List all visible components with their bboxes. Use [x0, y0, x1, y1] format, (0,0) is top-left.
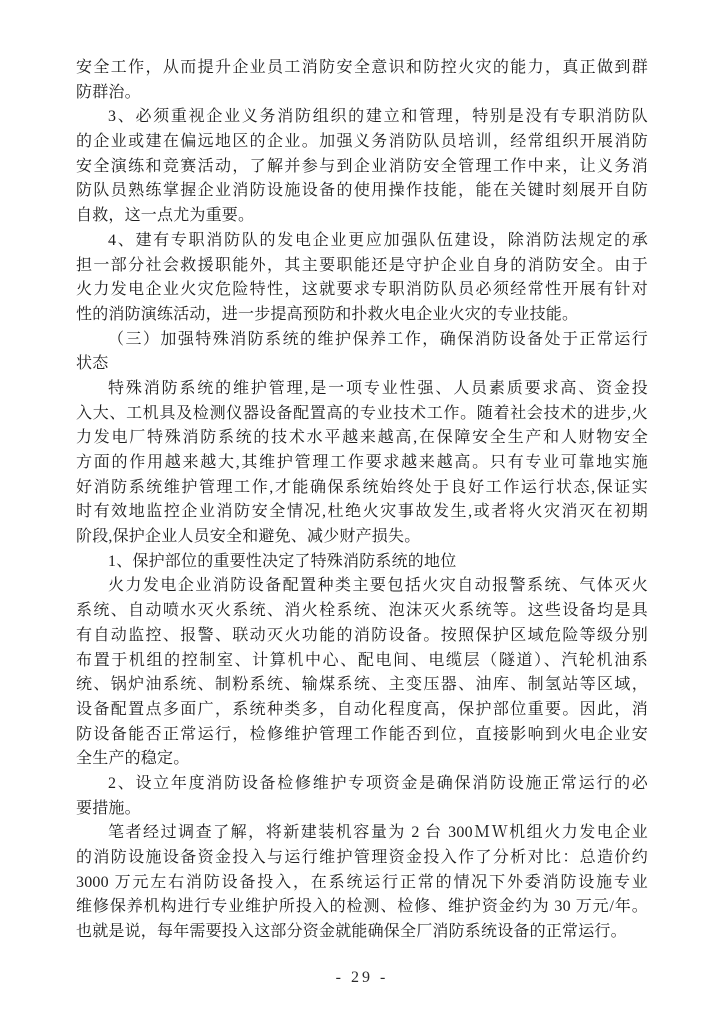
page-footer: - 29 - — [0, 969, 724, 987]
text-line: 2、设立年度消防设备检修维护专项资金是确保消防设施正常运行的必 — [76, 772, 648, 797]
page-body: 安全工作，从而提升企业员工消防安全意识和防控火灾的能力，真正做到群防群治。3、必… — [76, 56, 648, 945]
text-line: 统、锅炉油系统、制粉系统、输煤系统、主变压器、油库、制氢站等区域， — [76, 673, 648, 698]
text-line: 安全演练和竞赛活动，了解并参与到企业消防安全管理工作中来，让义务消 — [76, 155, 648, 180]
text-line: 3000 万元左右消防设备投入，在系统运行正常的情况下外委消防设施专业 — [76, 871, 648, 896]
text-line: 4、建有专职消防队的发电企业更应加强队伍建设，除消防法规定的承 — [76, 229, 648, 254]
text-line: 安全工作，从而提升企业员工消防安全意识和防控火灾的能力，真正做到群 — [76, 56, 648, 81]
text-line: 维修保养机构进行专业维护所投入的检测、检修、维护资金约为 30 万元/年。 — [76, 895, 648, 920]
paragraph-heading: 2、设立年度消防设备检修维护专项资金是确保消防设施正常运行的必要措施。 — [76, 772, 648, 821]
text-line: 防设备能否正常运行，检修维护管理工作能否到位，直接影响到火电企业安 — [76, 723, 648, 748]
text-line: 阶段,保护企业人员安全和避免、减少财产损失。 — [76, 525, 648, 550]
paragraph-body: 火力发电企业消防设备配置种类主要包括火灾自动报警系统、气体灭火系统、自动喷水灭火… — [76, 574, 648, 772]
text-line: （三）加强特殊消防系统的维护保养工作，确保消防设备处于正常运行 — [76, 328, 648, 353]
text-line: 状态 — [76, 352, 648, 377]
text-line: 好消防系统维护管理工作,才能确保系统始终处于良好工作运行状态,保证实 — [76, 476, 648, 501]
paragraph-body: 笔者经过调查了解，将新建装机容量为 2 台 300ＭＷ机组火力发电企业的消防设施… — [76, 821, 648, 944]
paragraph-body: 4、建有专职消防队的发电企业更应加强队伍建设，除消防法规定的承担一部分社会救援职… — [76, 229, 648, 328]
text-line: 性的消防演练活动，进一步提高预防和扑救火电企业火灾的专业技能。 — [76, 303, 648, 328]
text-line: 力发电厂特殊消防系统的技术水平越来越高,在保障安全生产和人财物安全 — [76, 426, 648, 451]
paragraph-heading: 1、保护部位的重要性决定了特殊消防系统的地位 — [76, 550, 648, 575]
paragraph-body: 3、必须重视企业义务消防组织的建立和管理，特别是没有专职消防队的企业或建在偏远地… — [76, 105, 648, 228]
text-line: 入大、工机具及检测仪器设备配置高的专业技术工作。随着社会技术的进步,火 — [76, 402, 648, 427]
text-line: 笔者经过调查了解，将新建装机容量为 2 台 300ＭＷ机组火力发电企业 — [76, 821, 648, 846]
paragraph-body: 安全工作，从而提升企业员工消防安全意识和防控火灾的能力，真正做到群防群治。 — [76, 56, 648, 105]
text-line: 设备配置点多面广，系统种类多，自动化程度高，保护部位重要。因此，消 — [76, 698, 648, 723]
text-line: 火力发电企业火灾危险特性，这就要求专职消防队员必须经常性开展有针对 — [76, 278, 648, 303]
text-line: 时有效地监控企业消防安全情况,杜绝火灾事故发生,或者将火灾消灭在初期 — [76, 500, 648, 525]
text-line: 1、保护部位的重要性决定了特殊消防系统的地位 — [76, 550, 648, 575]
text-line: 火力发电企业消防设备配置种类主要包括火灾自动报警系统、气体灭火 — [76, 574, 648, 599]
text-line: 防队员熟练掌握企业消防设施设备的使用操作技能，能在关键时刻展开自防 — [76, 179, 648, 204]
text-line: 防群治。 — [76, 81, 648, 106]
paragraph-heading: （三）加强特殊消防系统的维护保养工作，确保消防设备处于正常运行状态 — [76, 328, 648, 377]
page-number: - 29 - — [336, 969, 389, 986]
text-line: 的企业或建在偏远地区的企业。加强义务消防队员培训，经常组织开展消防 — [76, 130, 648, 155]
text-line: 的消防设施设备资金投入与运行维护管理资金投入作了分析对比：总造价约 — [76, 846, 648, 871]
text-line: 系统、自动喷水灭火系统、消火栓系统、泡沫灭火系统等。这些设备均是具 — [76, 599, 648, 624]
document-page: 安全工作，从而提升企业员工消防安全意识和防控火灾的能力，真正做到群防群治。3、必… — [0, 0, 724, 1024]
text-line: 担一部分社会救援职能外，其主要职能还是守护企业自身的消防安全。由于 — [76, 254, 648, 279]
text-line: 要措施。 — [76, 797, 648, 822]
text-line: 特殊消防系统的维护管理,是一项专业性强、人员素质要求高、资金投 — [76, 377, 648, 402]
text-line: 3、必须重视企业义务消防组织的建立和管理，特别是没有专职消防队 — [76, 105, 648, 130]
text-line: 方面的作用越来越大,其维护管理工作要求越来越高。只有专业可靠地实施 — [76, 451, 648, 476]
paragraph-body: 特殊消防系统的维护管理,是一项专业性强、人员素质要求高、资金投入大、工机具及检测… — [76, 377, 648, 550]
text-line: 全生产的稳定。 — [76, 747, 648, 772]
text-line: 有自动监控、报警、联动灭火功能的消防设备。按照保护区域危险等级分别 — [76, 624, 648, 649]
text-line: 布置于机组的控制室、计算机中心、配电间、电缆层（隧道）、汽轮机油系 — [76, 649, 648, 674]
text-line: 自救，这一点尤为重要。 — [76, 204, 648, 229]
text-line: 也就是说，每年需要投入这部分资金就能确保全厂消防系统设备的正常运行。 — [76, 920, 648, 945]
